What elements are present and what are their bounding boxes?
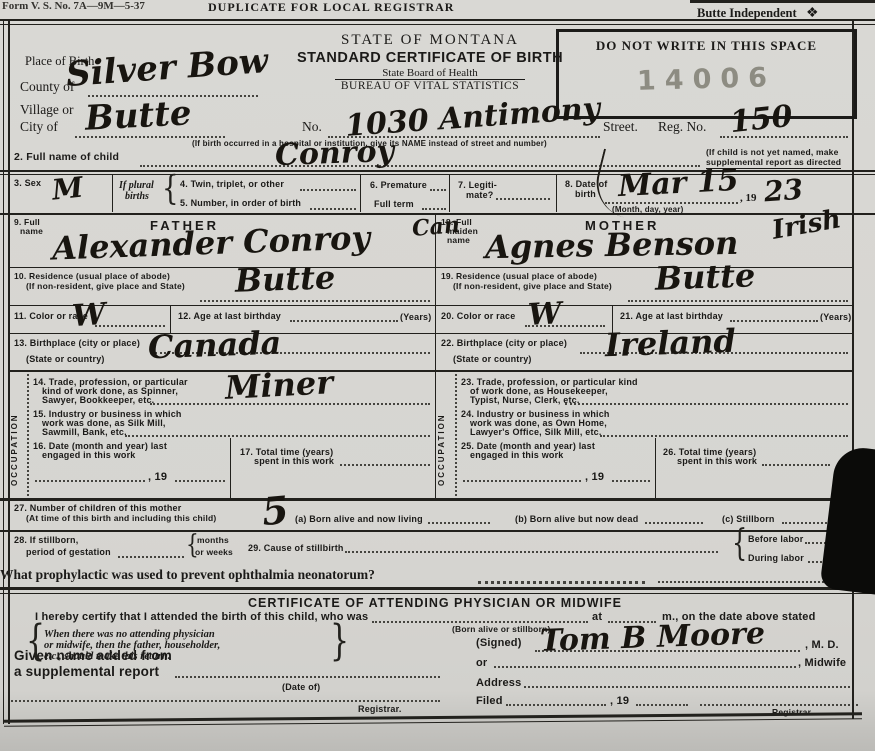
q22-label-2: (State or country) <box>453 354 532 364</box>
q29-label: 29. Cause of stillbirth <box>248 543 344 553</box>
q27-label-1: 27. Number of children of this mother <box>14 503 181 513</box>
q15-label-3: Sawmill, Bank, etc. <box>42 427 127 437</box>
plural-label-1: If plural <box>119 180 154 191</box>
children-count-handwritten: 5 <box>260 487 290 534</box>
dotted-line <box>118 556 184 558</box>
dotted-line <box>200 300 430 302</box>
dotted-line <box>612 480 650 482</box>
q25-label-2: engaged in this work <box>470 450 564 460</box>
q16-label-2: engaged in this work <box>42 450 136 460</box>
during-labor-label: During labor <box>748 553 804 563</box>
dotted-divider <box>27 374 29 496</box>
reg-no-label: Reg. No. <box>658 119 706 135</box>
q12-label: 12. Age at last birthday <box>178 311 281 321</box>
county-handwritten: Silver Bow <box>65 41 270 95</box>
rule <box>0 170 875 172</box>
frame-right-line <box>852 19 854 719</box>
column-divider <box>449 175 450 212</box>
dotted-divider <box>455 374 457 496</box>
city-label: City of <box>20 119 58 135</box>
dotted-line <box>700 704 858 706</box>
q27b-label: (b) Born alive but now dead <box>515 514 638 524</box>
brace-left: { <box>732 525 747 561</box>
q27c-label: (c) Stillborn <box>722 514 775 524</box>
father-trade-handwritten: Miner <box>224 363 334 407</box>
brace-left: { <box>162 172 179 206</box>
q28-label-2: period of gestation <box>26 547 111 557</box>
q21-label: 21. Age at last birthday <box>620 311 723 321</box>
dob-label-2: birth <box>575 189 596 199</box>
brace-right: } <box>330 621 349 663</box>
mother-occupation-vertical-label: OCCUPATION <box>437 390 446 486</box>
q24-label-3: Lawyer's Office, Silk Mill, etc. <box>470 427 602 437</box>
column-divider <box>556 175 557 212</box>
plural-label-2: births <box>125 191 149 202</box>
brace-left: { <box>186 531 199 557</box>
dotted-line <box>628 300 848 302</box>
dotted-line <box>290 320 398 322</box>
street-no-label: No. <box>302 119 322 135</box>
column-divider <box>112 175 113 212</box>
rule <box>435 267 852 268</box>
file-number-stamp: 14006 <box>559 60 855 99</box>
before-labor-label: Before labor <box>748 534 803 544</box>
certify-statement: I hereby certify that I attended the bir… <box>35 611 368 624</box>
q22-label-1: 22. Birthplace (city or place) <box>441 338 567 348</box>
dotted-line <box>496 198 550 200</box>
registrar-label-left: Registrar. <box>358 704 402 714</box>
q14-label-3: Sawyer, Bookkeeper, etc. <box>42 395 154 405</box>
dotted-line <box>310 208 356 210</box>
q9-label-2: name <box>20 227 43 237</box>
signed-label: (Signed) <box>476 637 522 650</box>
rule <box>0 530 852 532</box>
father-birthplace-handwritten: Canada <box>147 324 282 367</box>
mother-birthplace-handwritten: Ireland <box>604 322 736 365</box>
reg-no-handwritten: 150 <box>728 99 794 140</box>
dotted-line <box>645 522 703 524</box>
q12-years-label: (Years) <box>400 312 431 322</box>
q25-year-printed: , 19 <box>585 471 604 484</box>
given-name-label-2: a supplemental report <box>14 664 159 680</box>
dotted-line <box>345 551 718 553</box>
father-race-handwritten: W <box>71 297 107 334</box>
sex-handwritten: M <box>50 170 84 206</box>
dotted-line <box>762 464 830 466</box>
center-divider <box>435 215 436 498</box>
date-of-label: (Date of) <box>282 682 320 692</box>
legitimate-label-1: 7. Legiti- <box>458 180 497 190</box>
physician-certificate-title: CERTIFICATE OF ATTENDING PHYSICIAN OR MI… <box>215 596 655 610</box>
full-term-label: Full term <box>374 199 414 209</box>
twin-label: 4. Twin, triplet, or other <box>180 179 284 189</box>
do-not-write-label: DO NOT WRITE IN THIS SPACE <box>559 38 854 54</box>
year-handwritten: 23 <box>763 173 804 209</box>
dotted-line <box>175 676 440 678</box>
rule <box>435 305 852 306</box>
duplicate-title: DUPLICATE FOR LOCAL REGISTRAR <box>208 0 454 15</box>
street-label: Street. <box>603 119 638 135</box>
q13-label-2: (State or country) <box>26 354 105 364</box>
legitimate-label-2: mate? <box>466 190 494 200</box>
no-physician-note-1: When there was no attending physician <box>44 629 215 640</box>
dotted-line <box>422 208 446 210</box>
dotted-line <box>730 320 818 322</box>
child-name-handwritten: Conroy <box>274 134 394 173</box>
dotted-line <box>125 435 430 437</box>
father-annotation-handwritten: Can <box>411 212 461 242</box>
q20-label: 20. Color or race <box>441 311 515 321</box>
frame-top-line <box>0 19 875 21</box>
q27-label-2: (At time of this birth and including thi… <box>26 514 216 524</box>
rule <box>0 174 875 175</box>
birth-order-label: 5. Number, in order of birth <box>180 198 301 208</box>
dotted-line <box>494 666 796 668</box>
dotted-line <box>506 704 606 706</box>
q19-label-2: (If non-resident, give place and State) <box>453 282 612 292</box>
birth-certificate-scan: Form V. S. No. 7A—9M—5-37 DUPLICATE FOR … <box>0 0 875 751</box>
rule <box>0 593 875 594</box>
year-printed: , 19 <box>740 192 757 204</box>
dotted-line <box>428 522 490 524</box>
mother-race-handwritten: W <box>527 296 562 333</box>
village-label: Village or <box>20 102 74 118</box>
months-label: months <box>197 536 229 546</box>
dotted-line <box>636 704 688 706</box>
physician-signature-handwritten: Tom B Moore <box>539 616 765 659</box>
dotted-line <box>782 522 830 524</box>
brace-left: { <box>26 621 45 663</box>
q28-label-1: 28. If stillborn, <box>14 535 78 545</box>
midwife-label: , Midwife <box>798 657 846 670</box>
dotted-line <box>658 581 848 583</box>
father-occupation-vertical-label: OCCUPATION <box>10 390 19 486</box>
child-name-label: 2. Full name of child <box>14 151 119 163</box>
premature-label: 6. Premature <box>370 180 427 190</box>
scan-artifact-blob <box>819 445 875 595</box>
q26-label-2: spent in this work <box>677 456 757 466</box>
mother-residence-handwritten: Butte <box>654 256 755 297</box>
born-alive-note: (Born alive or stillborn) <box>452 625 551 635</box>
q13-label-1: 13. Birthplace (city or place) <box>14 338 140 348</box>
column-divider <box>655 438 656 498</box>
dotted-line <box>430 189 446 191</box>
or-label: or <box>476 657 487 670</box>
q23-label-3: Typist, Nurse, Clerk, etc. <box>470 395 580 405</box>
frame-top-line2 <box>0 24 875 25</box>
filed-label: Filed <box>476 695 503 708</box>
dotted-line <box>600 435 848 437</box>
form-number: Form V. S. No. 7A—9M—5-37 <box>2 0 145 12</box>
dotted-line <box>478 581 645 584</box>
bureau-subtitle: BUREAU OF VITAL STATISTICS <box>305 80 555 92</box>
column-divider <box>360 175 361 212</box>
city-handwritten: Butte <box>84 93 192 139</box>
father-residence-handwritten: Butte <box>234 258 335 299</box>
prophylactic-question: What prophylactic was used to prevent op… <box>0 567 375 583</box>
board-subtitle: State Board of Health <box>335 67 525 80</box>
md-label: , M. D. <box>805 639 839 652</box>
rule <box>8 267 435 268</box>
q16-year-printed: , 19 <box>148 471 167 484</box>
dotted-line <box>340 464 430 466</box>
frame-left-line <box>3 19 4 724</box>
q17-label-2: spent in this work <box>254 456 334 466</box>
filed-year-printed: , 19 <box>610 695 629 708</box>
rule <box>0 587 875 590</box>
top-edge-shadow <box>690 0 875 3</box>
rule <box>8 370 852 372</box>
dotted-line <box>300 189 356 191</box>
weeks-label: or weeks <box>195 548 233 558</box>
address-label: Address <box>476 677 521 690</box>
mother-annotation-handwritten: Irish <box>770 204 843 246</box>
q21-years-label: (Years) <box>820 312 851 322</box>
dotted-line <box>524 686 854 688</box>
do-not-write-box: DO NOT WRITE IN THIS SPACE 14006 <box>556 29 857 119</box>
dotted-line <box>8 700 440 702</box>
dotted-line <box>35 480 145 482</box>
sex-label: 3. Sex <box>14 178 41 188</box>
dotted-line <box>175 480 225 482</box>
state-title: STATE OF MONTANA <box>280 32 580 49</box>
certificate-title: STANDARD CERTIFICATE OF BIRTH <box>255 50 605 67</box>
column-divider <box>230 438 231 498</box>
dotted-line <box>463 480 581 482</box>
rule <box>0 498 875 501</box>
q10-label-2: (If non-resident, give place and State) <box>26 282 185 292</box>
q27a-label: (a) Born alive and now living <box>295 514 423 524</box>
dotted-line <box>565 403 848 405</box>
